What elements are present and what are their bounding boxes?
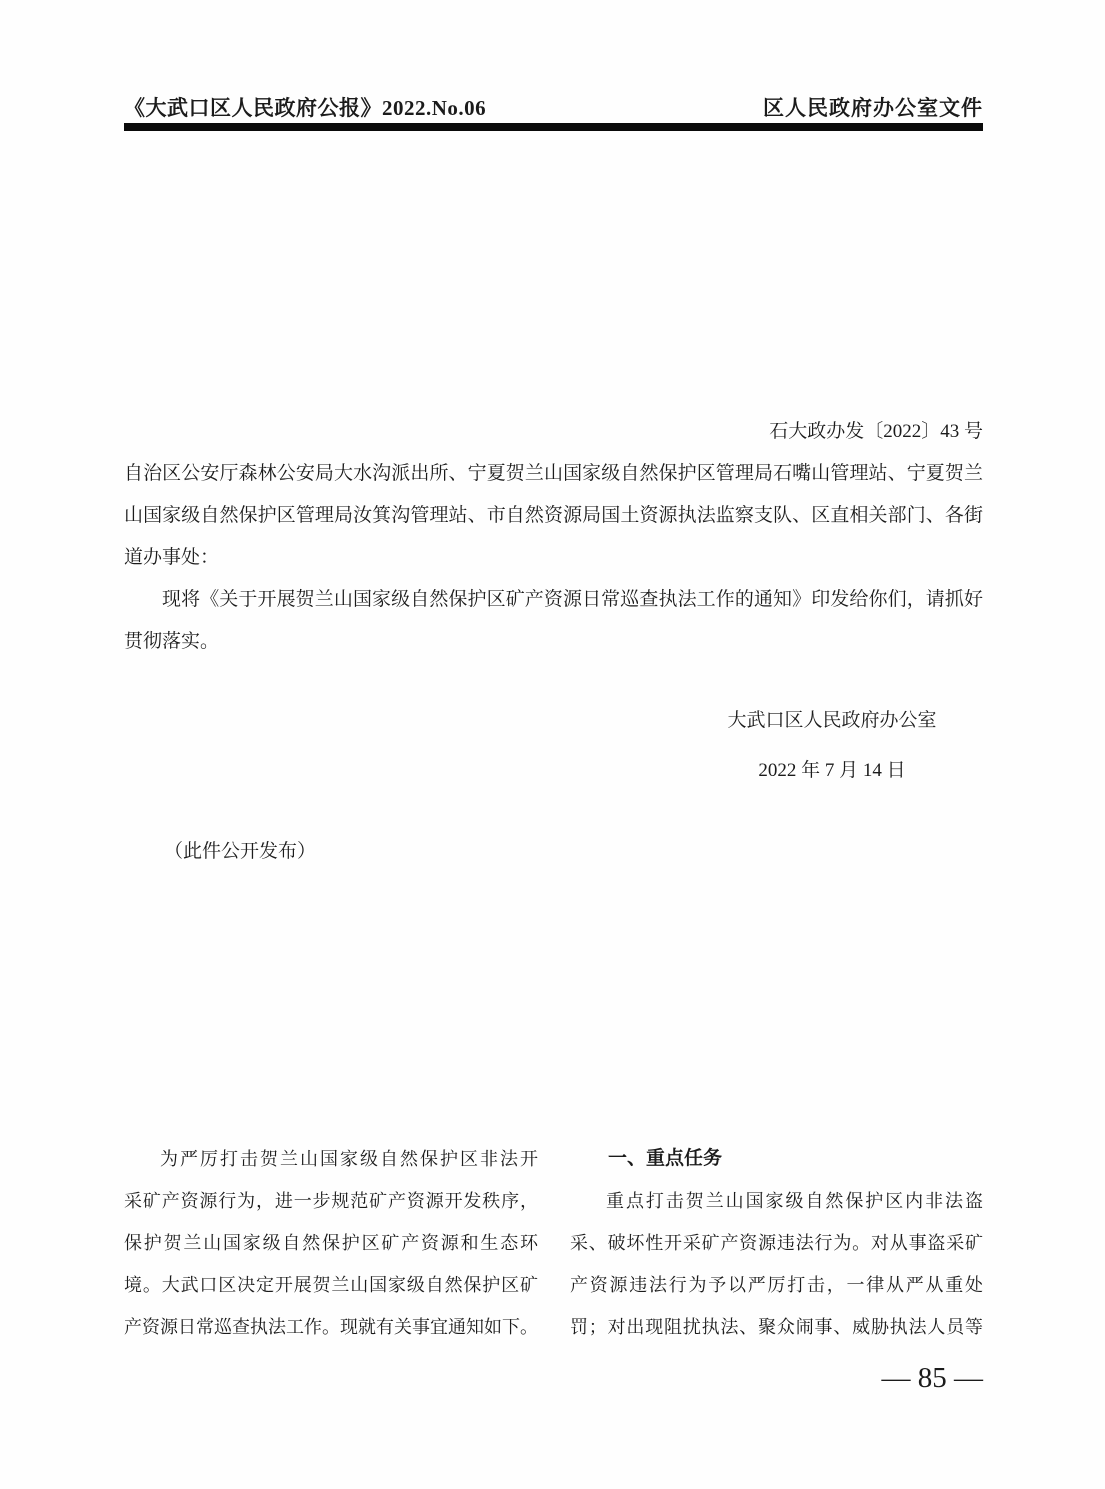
notice-text-line: 罚；对出现阻扰执法、聚众闹事、威胁执法人员等 [570, 1306, 983, 1348]
notice-text-line: 境。大武口区决定开展贺兰山国家级自然保护区矿 [124, 1264, 538, 1306]
page-number: — 85 — [124, 1358, 983, 1398]
recipients-line: 自治区公安厅森林公安局大水沟派出所、宁夏贺兰山国家级自然保护区管理局石嘴山管理站… [124, 453, 983, 495]
document-number: 石大政办发〔2022〕43 号 [124, 411, 983, 453]
letter-body-line: 贯彻落实。 [124, 621, 983, 663]
notice-text-line: 为严厉打击贺兰山国家级自然保护区非法开 [124, 1138, 538, 1180]
notice-text-line: 产资源日常巡查执法工作。现就有关事宜通知如下。 [124, 1306, 538, 1348]
issue-date: 2022 年 7 月 14 日 [632, 750, 1032, 792]
notice-text-line: 重点打击贺兰山国家级自然保护区内非法盗 [570, 1180, 983, 1222]
page-header: 《大武口区人民政府公报》2022.No.06 区人民政府办公室文件 [124, 92, 983, 122]
letter-block: 石大政办发〔2022〕43 号 自治区公安厅森林公安局大水沟派出所、宁夏贺兰山国… [124, 411, 983, 663]
recipients-line: 山国家级自然保护区管理局汝箕沟管理站、市自然资源局国土资源执法监察支队、区直相关… [124, 495, 983, 537]
recipients-line: 道办事处： [124, 537, 983, 579]
issuing-office-signature: 大武口区人民政府办公室 [632, 700, 1032, 742]
document-type-label: 区人民政府办公室文件 [763, 92, 983, 122]
notice-text-line: 采矿产资源行为，进一步规范矿产资源开发秩序， [124, 1180, 538, 1222]
notice-left-column: 为严厉打击贺兰山国家级自然保护区非法开 采矿产资源行为，进一步规范矿产资源开发秩… [124, 1138, 538, 1348]
header-double-rule [124, 123, 983, 131]
notice-text-line: 采、破坏性开采矿产资源违法行为。对从事盗采矿 [570, 1222, 983, 1264]
gazette-title: 《大武口区人民政府公报》2022.No.06 [124, 92, 486, 122]
public-release-note: （此件公开发布） [124, 838, 624, 866]
section-heading-key-tasks: 一、重点任务 [570, 1138, 983, 1180]
notice-text-line: 产资源违法行为予以严厉打击，一律从严从重处 [570, 1264, 983, 1306]
gazette-document-page: 《大武口区人民政府公报》2022.No.06 区人民政府办公室文件 石大政办发〔… [0, 0, 1105, 1489]
notice-right-column: 一、重点任务 重点打击贺兰山国家级自然保护区内非法盗 采、破坏性开采矿产资源违法… [570, 1138, 983, 1348]
letter-body-line: 现将《关于开展贺兰山国家级自然保护区矿产资源日常巡查执法工作的通知》印发给你们，… [124, 579, 983, 621]
notice-text-line: 保护贺兰山国家级自然保护区矿产资源和生态环 [124, 1222, 538, 1264]
